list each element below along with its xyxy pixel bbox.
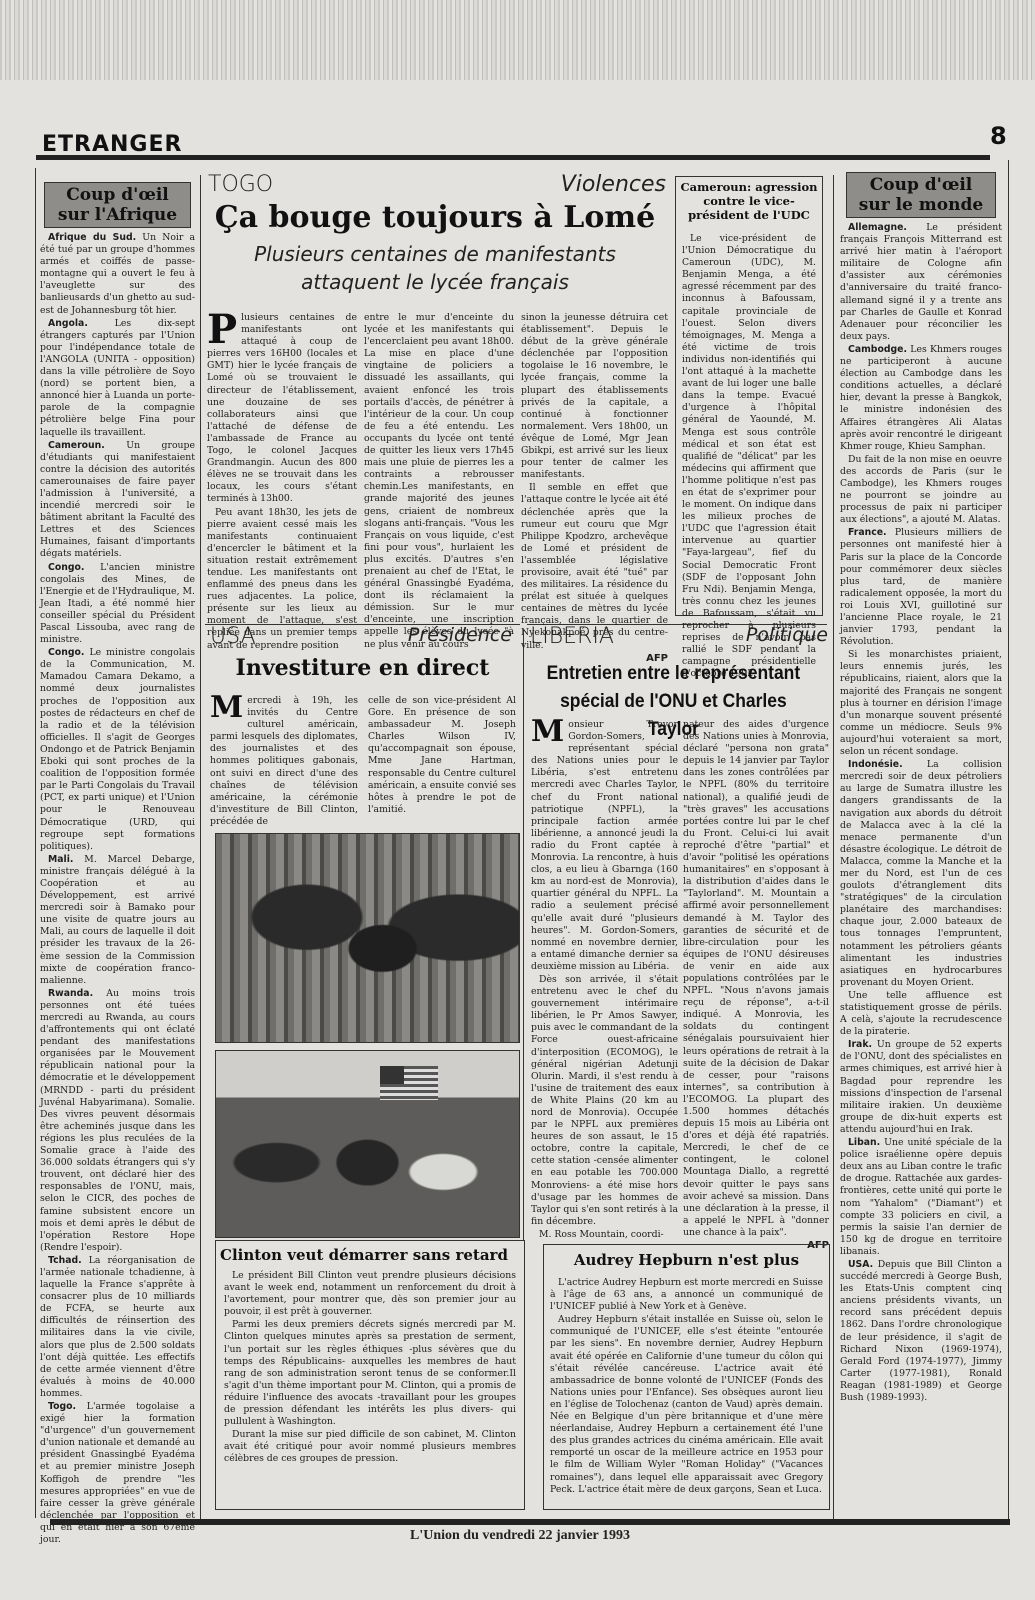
column-rule (523, 630, 524, 1240)
column-rule (35, 168, 36, 1518)
togo-col-2: entre le mur d'enceinte du lycée et les … (364, 312, 514, 652)
brief-item: Congo. L'ancien ministre congolais des M… (40, 562, 195, 647)
usa-col-1: Mercredi à 19h, les invités du Centre cu… (210, 695, 358, 829)
togo-col-1: Plusieurs centaines de manifestants ont … (207, 312, 357, 653)
brief-item: Mali. M. Marcel Debarge, ministre frança… (40, 854, 195, 987)
brief-item: Du fait de la non mise en oeuvre des acc… (840, 454, 1002, 527)
afrique-title-line2: sur l'Afrique (49, 205, 186, 225)
liberia-col-1: Monsieur Trevor Gordon-Somers, représent… (531, 719, 678, 1242)
brief-item: Afrique du Sud. Un Noir a été tué par un… (40, 232, 195, 317)
monde-column: Coup d'œil sur le monde Allemagne. Le pr… (840, 172, 1002, 1405)
monde-title-line1: Coup d'œil (851, 175, 991, 195)
scan-noise-top (0, 0, 1035, 80)
brief-item: Liban. Une unité spéciale de la police i… (840, 1137, 1002, 1258)
afrique-column: Coup d'œil sur l'Afrique Afrique du Sud.… (40, 182, 195, 1547)
brief-item: Congo. Le ministre congolais de la Commu… (40, 647, 195, 853)
clinton-box: Clinton veut démarrer sans retard Le pré… (215, 1240, 525, 1510)
usa-headline: Investiture en direct (205, 655, 520, 681)
usa-photo-1 (215, 833, 520, 1043)
togo-col-3: sinon la jeunesse détruira cet établisse… (521, 312, 668, 665)
us-flag-image (380, 1066, 438, 1100)
monde-title-line2: sur le monde (851, 195, 991, 215)
hepburn-headline: Audrey Hepburn n'est plus (544, 1245, 829, 1277)
togo-deck: Plusieurs centaines de manifestants atta… (205, 240, 665, 296)
usa-photo-2 (215, 1050, 520, 1238)
liberia-kicker: LIBERIA (530, 624, 614, 649)
liberia-rubric: Politique (700, 624, 828, 646)
page-footer: L'Union du vendredi 22 janvier 1993 (330, 1528, 710, 1544)
dropcap: M (531, 719, 564, 745)
page-number: 8 (990, 122, 1007, 150)
cameroun-headline: Cameroun: agression contre le vice-prési… (676, 177, 822, 225)
cameroun-body: Le vice-président de l'Union Démocratiqu… (676, 225, 822, 680)
clinton-body: Le président Bill Clinton veut prendre p… (216, 1270, 524, 1466)
column-rule (833, 175, 834, 1520)
togo-kicker: TOGO (208, 172, 273, 197)
brief-item: France. Plusieurs milliers de personnes … (840, 527, 1002, 648)
hepburn-box: Audrey Hepburn n'est plus L'actrice Audr… (543, 1244, 830, 1510)
brief-item: Allemagne. Le président français Françoi… (840, 222, 1002, 343)
usa-kicker: USA (210, 624, 256, 649)
dropcap: P (207, 312, 237, 348)
cameroun-box: Cameroun: agression contre le vice-prési… (675, 176, 823, 616)
bottom-rule (50, 1519, 1010, 1525)
togo-headline: Ça bouge toujours à Lomé (205, 200, 665, 235)
brief-item: Une telle affluence est statistiquement … (840, 990, 1002, 1038)
monde-title-box: Coup d'œil sur le monde (846, 172, 996, 218)
brief-item: Tchad. La réorganisation de l'armée nati… (40, 1255, 195, 1400)
column-rule (200, 175, 201, 1520)
afrique-title-box: Coup d'œil sur l'Afrique (44, 182, 191, 228)
brief-item: Si les monarchistes priaient, leurs enne… (840, 649, 1002, 758)
brief-item: Cambodge. Les Khmers rouges ne participe… (840, 344, 1002, 453)
togo-rubric: Violences (560, 172, 666, 197)
brief-item: Angola. Les dix-sept étrangers capturés … (40, 318, 195, 439)
brief-item: Indonésie. La collision mercredi soir de… (840, 759, 1002, 989)
dropcap: M (210, 695, 243, 721)
clinton-headline: Clinton veut démarrer sans retard (216, 1241, 524, 1270)
section-title: ETRANGER (42, 132, 182, 157)
top-rule (36, 155, 990, 160)
brief-item: Rwanda. Au moins trois personnes ont été… (40, 988, 195, 1254)
brief-item: Irak. Un groupe de 52 experts de l'ONU, … (840, 1039, 1002, 1136)
brief-item: USA. Depuis que Bill Clinton a succédé m… (840, 1259, 1002, 1404)
afrique-title-line1: Coup d'œil (49, 185, 186, 205)
column-rule (1008, 160, 1009, 1520)
brief-item: Cameroun. Un groupe d'étudiants qui mani… (40, 440, 195, 561)
hepburn-body: L'actrice Audrey Hepburn est morte mercr… (544, 1277, 829, 1496)
liberia-col-2: nateur des aides d'urgence des Nations u… (683, 719, 829, 1252)
usa-rubric: Présidence (360, 624, 512, 646)
usa-col-2: celle de son vice-président Al Gore. En … (368, 695, 516, 817)
